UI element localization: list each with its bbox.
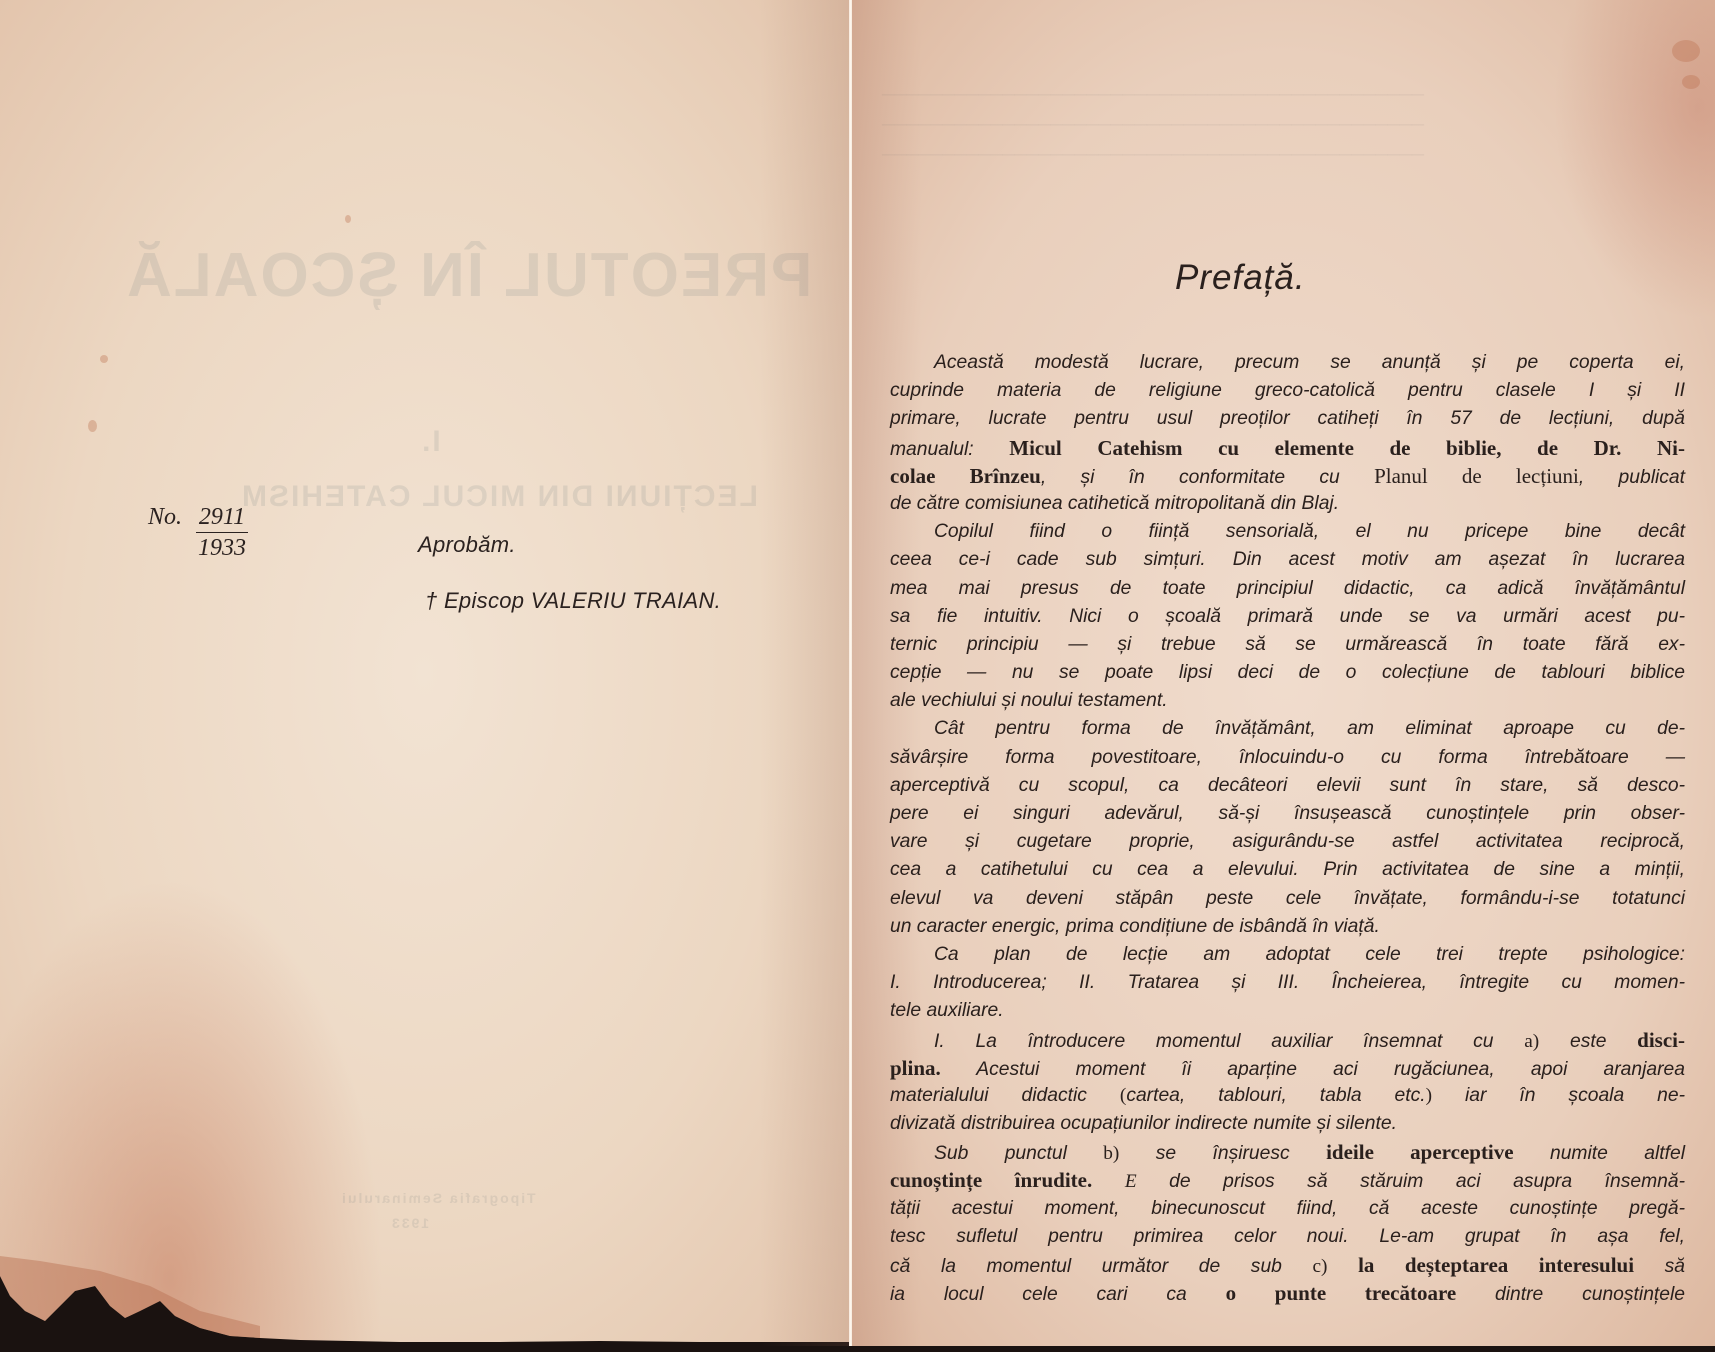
paper-stain <box>1682 75 1700 89</box>
text-line: pere ei singuri adevărul, să-și însușeas… <box>890 800 1685 828</box>
text-line: cunoștințe înrudite. E de prisos să stăr… <box>890 1166 1685 1194</box>
text-line: cuprinde materia de religiune greco-cato… <box>890 377 1685 405</box>
paper-stain <box>1672 40 1700 62</box>
text-line: Sub punctul b) se înșiruesc ideile aperc… <box>890 1138 1685 1166</box>
document-number-value: 2911 <box>196 502 248 533</box>
bleed-through-footer: Tipografia Seminarului <box>340 1190 535 1206</box>
torn-page-edge <box>0 1256 850 1346</box>
bleed-through-roman: I. <box>420 425 441 459</box>
text-line: că la momentul următor de sub c) la deșt… <box>890 1251 1685 1279</box>
text-line: I. Introducerea; II. Tratarea și III. În… <box>890 969 1685 997</box>
text-line: I. La întroducere momentul auxiliar înse… <box>890 1026 1685 1054</box>
text-line: tății acestui moment, binecunoscut fiind… <box>890 1195 1685 1223</box>
bleed-through-title: PREOTUL ÎN ȘCOALĂ <box>125 240 812 311</box>
book-title-bold: Micul Catehism cu elemente de biblie, de… <box>1009 436 1685 460</box>
document-number: No. 2911 1933 <box>148 502 248 563</box>
paper-stain <box>88 420 97 432</box>
text-line: tesc sufletul pentru primirea celor noui… <box>890 1223 1685 1251</box>
text-line: sa fie intuitiv. Nici o școală primară u… <box>890 603 1685 631</box>
bleed-through-subtitle: LECȚIUNI DIN MICUL CATEHISM <box>240 480 758 514</box>
aperceptive-ideas-bold: ideile aperceptive <box>1326 1140 1514 1164</box>
text-line: Această modestă lucrare, precum se anunț… <box>890 349 1685 377</box>
bleed-through-text: ────────────────────────────────────────… <box>882 80 1424 170</box>
document-number-fraction: 2911 1933 <box>196 502 248 563</box>
text-line: ia locul cele cari ca o punte trecătoare… <box>890 1279 1685 1307</box>
text-line: primare, lucrate pentru usul preoților c… <box>890 405 1685 433</box>
left-page: PREOTUL ÎN ȘCOALĂ I. LECȚIUNI DIN MICUL … <box>0 0 850 1346</box>
preface-body: Această modestă lucrare, precum se anunț… <box>890 349 1685 1307</box>
text-line: ceea ce-i cade sub simțuri. Din acest mo… <box>890 546 1685 574</box>
interest-bold: la deșteptarea interesului <box>1358 1253 1634 1277</box>
text-line: mea mai presus de toate principiul didac… <box>890 575 1685 603</box>
preface-title: Prefață. <box>1175 258 1306 298</box>
discipline-bold: disci- <box>1637 1028 1685 1052</box>
text-line: vare și cugetare proprie, asigurându-se … <box>890 828 1685 856</box>
approval-text: Aprobăm. <box>418 532 516 558</box>
text-line: Copilul fiind o ființă sensorială, el nu… <box>890 518 1685 546</box>
text-line: colae Brînzeu, și în conformitate cu Pla… <box>890 462 1685 490</box>
bleed-through-year: 1933 <box>390 1215 429 1231</box>
text-line: manualul: Micul Catehism cu elemente de … <box>890 434 1685 462</box>
text-line: divizată distribuirea ocupațiunilor indi… <box>890 1110 1685 1138</box>
text-line: Ca plan de lecție am adoptat cele trei t… <box>890 941 1685 969</box>
document-number-year: 1933 <box>196 533 248 563</box>
text-line: aperceptivă cu scopul, ca decâteori elev… <box>890 772 1685 800</box>
text-line: ale vechiului și noului testament. <box>890 687 1685 715</box>
document-number-label: No. <box>148 504 182 530</box>
text-line: elevul va deveni stăpân peste cele învăț… <box>890 885 1685 913</box>
text-line: plina. Acestui moment îi aparține aci ru… <box>890 1054 1685 1082</box>
bridge-bold: o punte trecătoare <box>1226 1281 1457 1305</box>
book-spread: PREOTUL ÎN ȘCOALĂ I. LECȚIUNI DIN MICUL … <box>0 0 1715 1352</box>
text-line: materialului didactic (cartea, tablouri,… <box>890 1082 1685 1110</box>
text-line: ternic principiu — și trebue să se urmăr… <box>890 631 1685 659</box>
paper-stain <box>345 215 351 223</box>
paper-stain <box>100 355 108 363</box>
bishop-signature: † Episcop VALERIU TRAIAN. <box>425 588 721 614</box>
text-line: un caracter energic, prima condițiune de… <box>890 913 1685 941</box>
text-line: Cât pentru forma de învățământ, am elimi… <box>890 715 1685 743</box>
text-line: cepție — nu se poate lipsi deci de o col… <box>890 659 1685 687</box>
text-line: cea a catihetului cu cea a elevului. Pri… <box>890 856 1685 884</box>
plan-title-bold: Planul de lecțiuni <box>1374 464 1579 488</box>
text-line: tele auxiliare. <box>890 997 1685 1025</box>
text-line: de către comisiunea catihetică mitropoli… <box>890 490 1685 518</box>
text-line: săvârșire forma povestitoare, înlocuindu… <box>890 744 1685 772</box>
